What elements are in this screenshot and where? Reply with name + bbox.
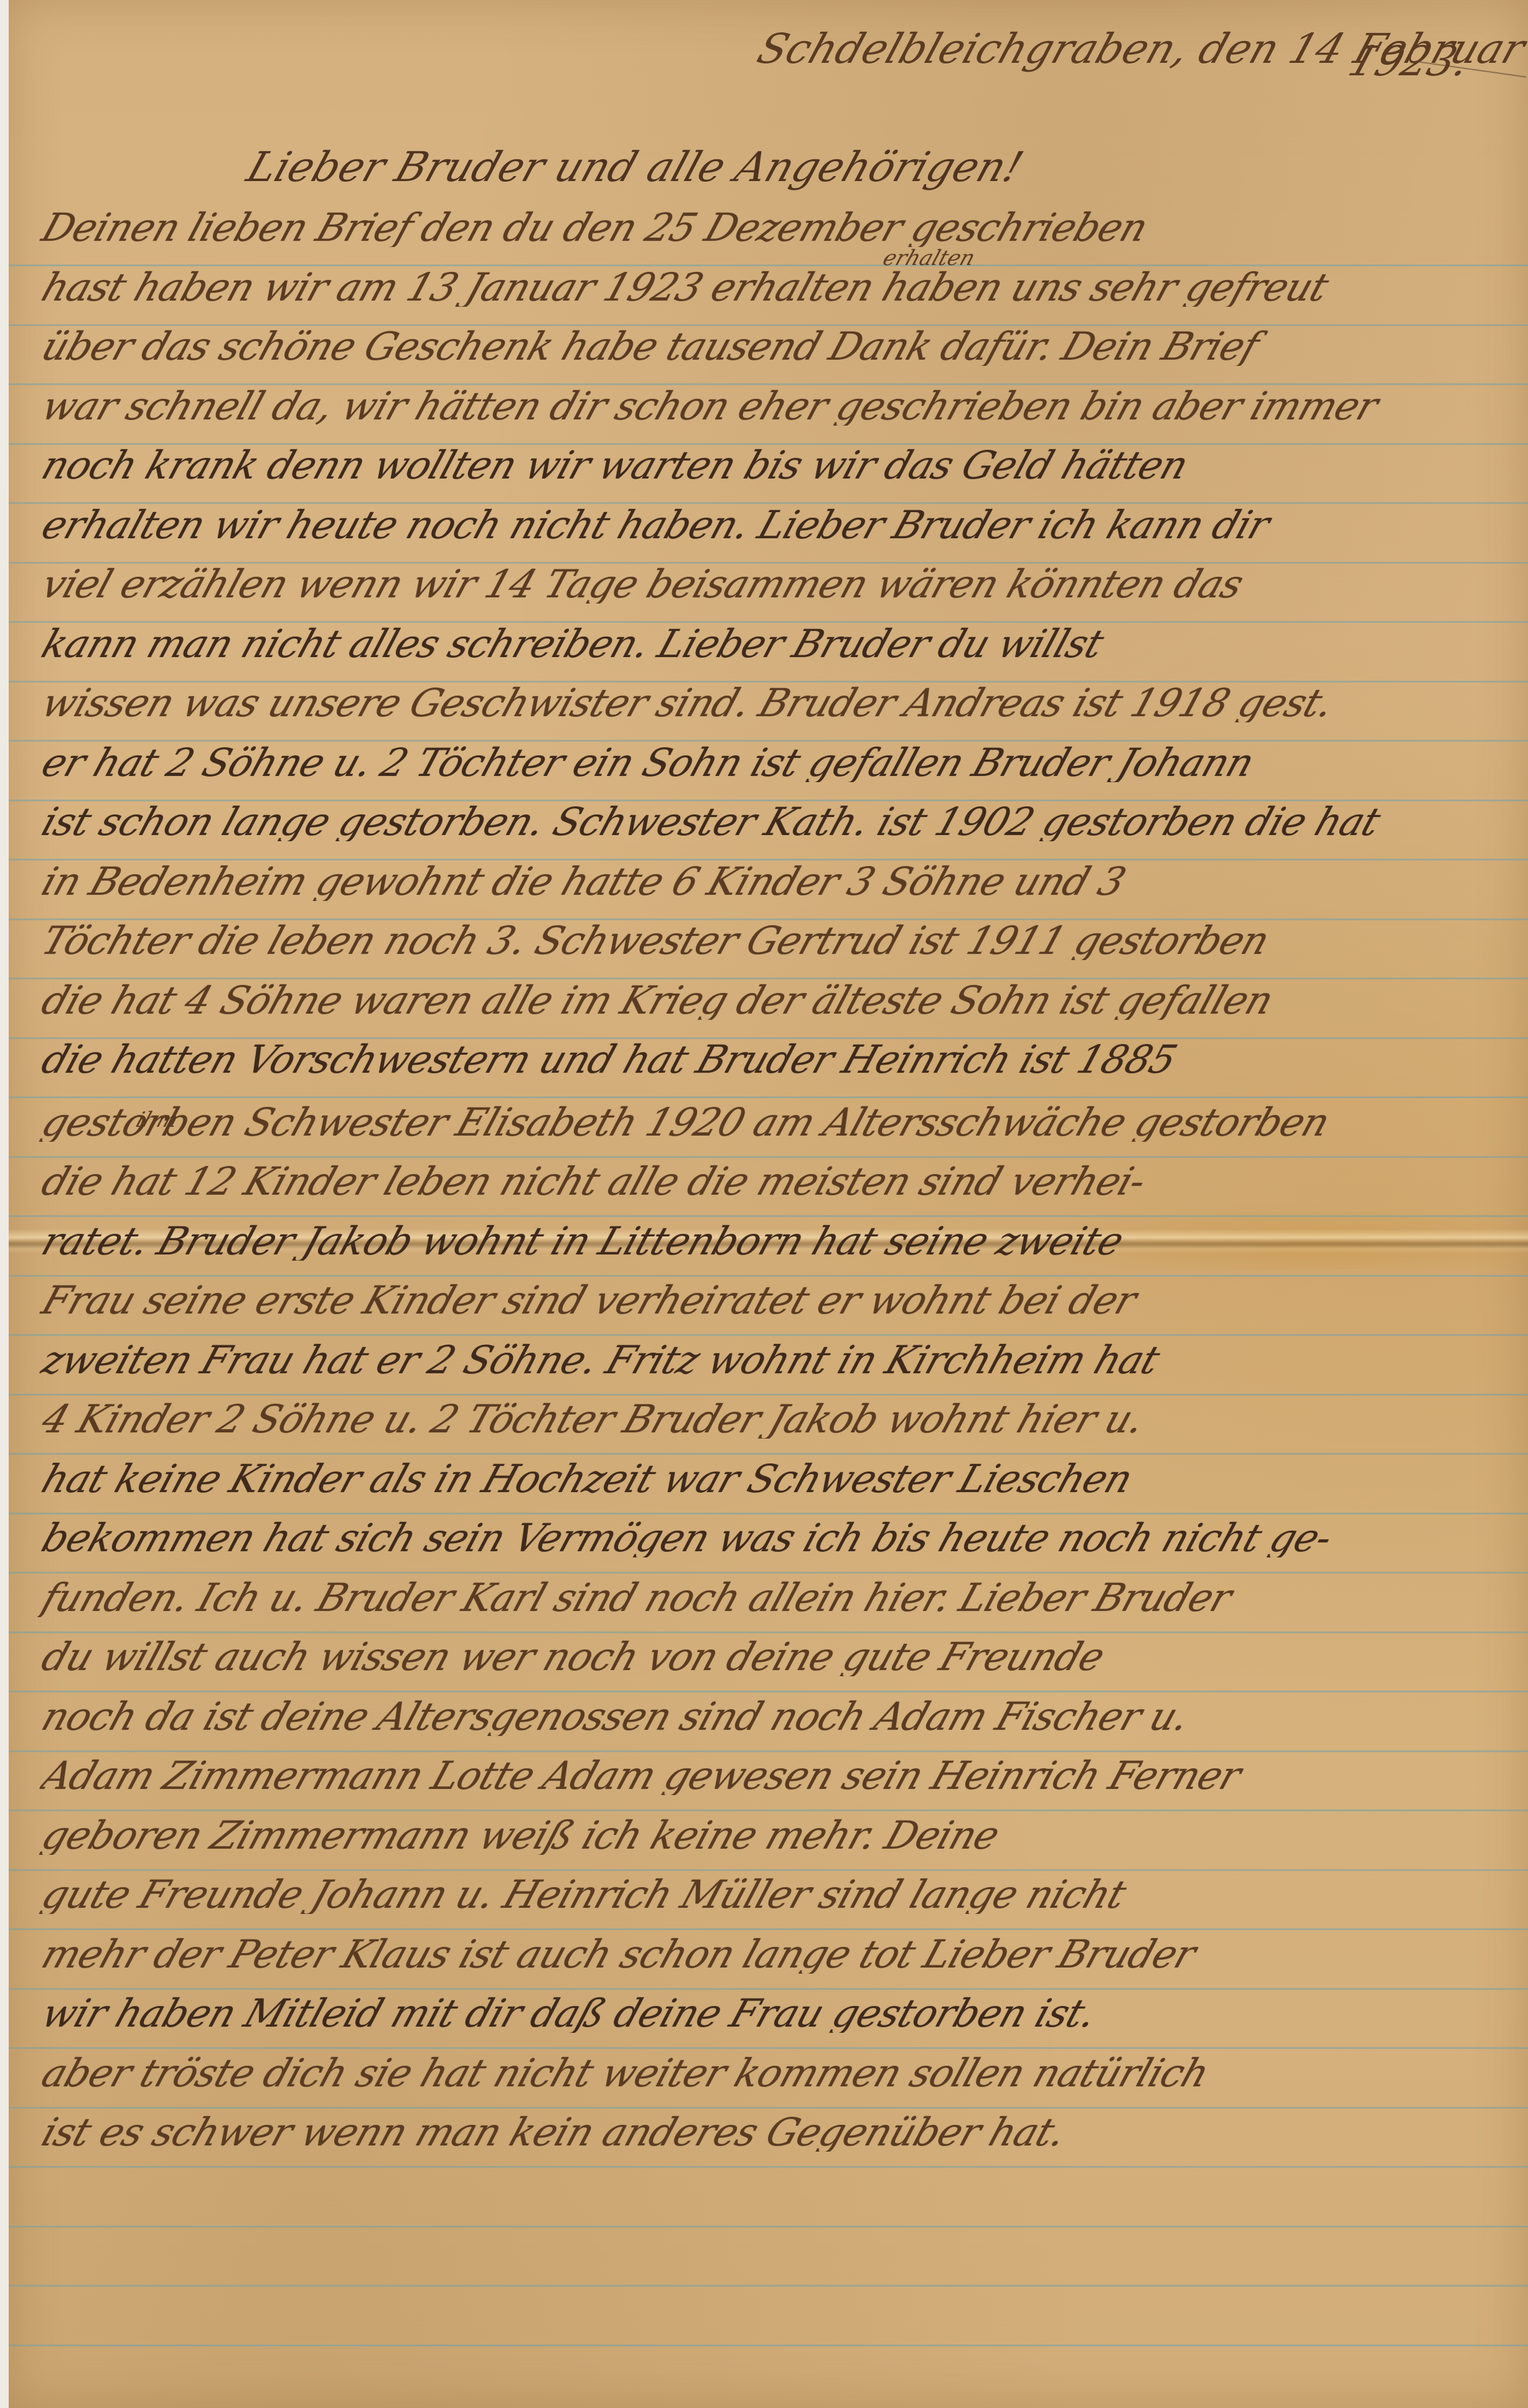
letter-line: über das schöne Geschenk habe tausend Da… [37,327,1525,366]
ruled-line [9,918,1528,920]
letter-line: aber tröste dich sie hat nicht weiter ko… [37,2054,1525,2093]
ruled-line [9,264,1528,266]
ruled-line [9,1928,1528,1930]
ruled-line [9,800,1528,801]
ruled-line [9,1156,1528,1158]
letter-line: 4 Kinder 2 Söhne u. 2 Töchter Bruder Jak… [37,1400,1525,1439]
letter-line: die hatten Vorschwestern und hat Bruder … [37,1040,1525,1079]
letter-line: hast haben wir am 13 Januar 1923 erhalte… [37,268,1525,307]
ruled-line [9,1691,1528,1692]
letter-line: Töchter die leben noch 3. Schwester Gert… [37,922,1525,960]
letter-line: viel erzählen wenn wir 14 Tage beisammen… [37,565,1525,604]
ruled-line [9,1037,1528,1039]
insert-annotation-erhalten: erhalten [880,246,978,271]
scan-border [0,0,9,2408]
letter-line: war schnell da, wir hätten dir schon ehe… [37,387,1525,426]
letter-line: noch da ist deine Altersgenossen sind no… [37,1697,1525,1736]
ruled-line [9,1631,1528,1633]
letter-line: hat keine Kinder als in Hochzeit war Sch… [37,1460,1525,1498]
ruled-line [9,978,1528,979]
ruled-line [9,621,1528,623]
letter-line: in Bedenheim gewohnt die hatte 6 Kinder … [37,862,1525,901]
ruled-line [9,1513,1528,1514]
ruled-line [9,2285,1528,2287]
ruled-line [9,2226,1528,2228]
letter-line: die hat 12 Kinder leben nicht alle die m… [37,1162,1525,1201]
letter-line: ist es schwer wenn man kein anderes Gege… [37,2113,1525,2152]
letter-line: Deinen lieben Brief den du den 25 Dezemb… [37,208,1525,247]
letter-line: wir haben Mitleid mit dir daß deine Frau… [37,1994,1525,2033]
ruled-line [9,1453,1528,1455]
letter-line: die hat 4 Söhne waren alle im Krieg der … [37,981,1525,1020]
ruled-line [9,1275,1528,1277]
letter-line: noch krank denn wollten wir warten bis w… [37,446,1525,485]
ruled-line [9,2166,1528,2168]
ruled-line [9,1869,1528,1871]
letter-line: bekommen hat sich sein Vermögen was ich … [37,1519,1525,1557]
ruled-line [9,1334,1528,1336]
ruled-line [9,1809,1528,1811]
letter-line: wissen was unsere Geschwister sind. Brud… [37,684,1525,722]
ruled-line [9,1988,1528,1990]
ruled-line [9,383,1528,385]
ruled-line [9,502,1528,504]
ruled-line [9,2345,1528,2346]
ruled-line [9,1096,1528,1098]
ruled-line [9,1572,1528,1574]
letter-line: funden. Ich u. Bruder Karl sind noch all… [37,1579,1525,1617]
ruled-line [9,1394,1528,1396]
letter-line: mehr der Peter Klaus ist auch schon lang… [37,1935,1525,1974]
salutation: Lieber Bruder und alle Angehörigen! [241,143,1377,191]
letter-line: Frau seine erste Kinder sind verheiratet… [37,1281,1525,1320]
letter-line: gestorben Schwester Elisabeth 1920 am Al… [37,1103,1525,1142]
ruled-line [9,2107,1528,2109]
letter-line: geboren Zimmermann weiß ich keine mehr. … [37,1816,1525,1855]
ruled-line [9,859,1528,861]
letter-line: er hat 2 Söhne u. 2 Töchter ein Sohn ist… [37,744,1525,782]
letter-line: Adam Zimmermann Lotte Adam gewesen sein … [37,1757,1525,1795]
letter-line: ist schon lange gestorben. Schwester Kat… [37,803,1525,841]
letter-line: zweiten Frau hat er 2 Söhne. Fritz wohnt… [37,1341,1525,1379]
ruled-line [9,740,1528,742]
letter-line: du willst auch wissen wer noch von deine… [37,1638,1525,1676]
ruled-line [9,1750,1528,1752]
letter-line: gute Freunde Johann u. Heinrich Müller s… [37,1875,1525,1914]
ruled-line [9,443,1528,445]
letter-line: kann man nicht alles schreiben. Lieber B… [37,625,1525,663]
ruled-line [9,324,1528,326]
letter-line: erhalten wir heute noch nicht haben. Lie… [37,506,1525,544]
ruled-line [9,2047,1528,2049]
ruled-line [9,681,1528,683]
letter-line: ratet. Bruder Jakob wohnt in Littenborn … [37,1222,1525,1261]
ruled-line [9,562,1528,564]
date-year: 1923. [1343,37,1476,85]
